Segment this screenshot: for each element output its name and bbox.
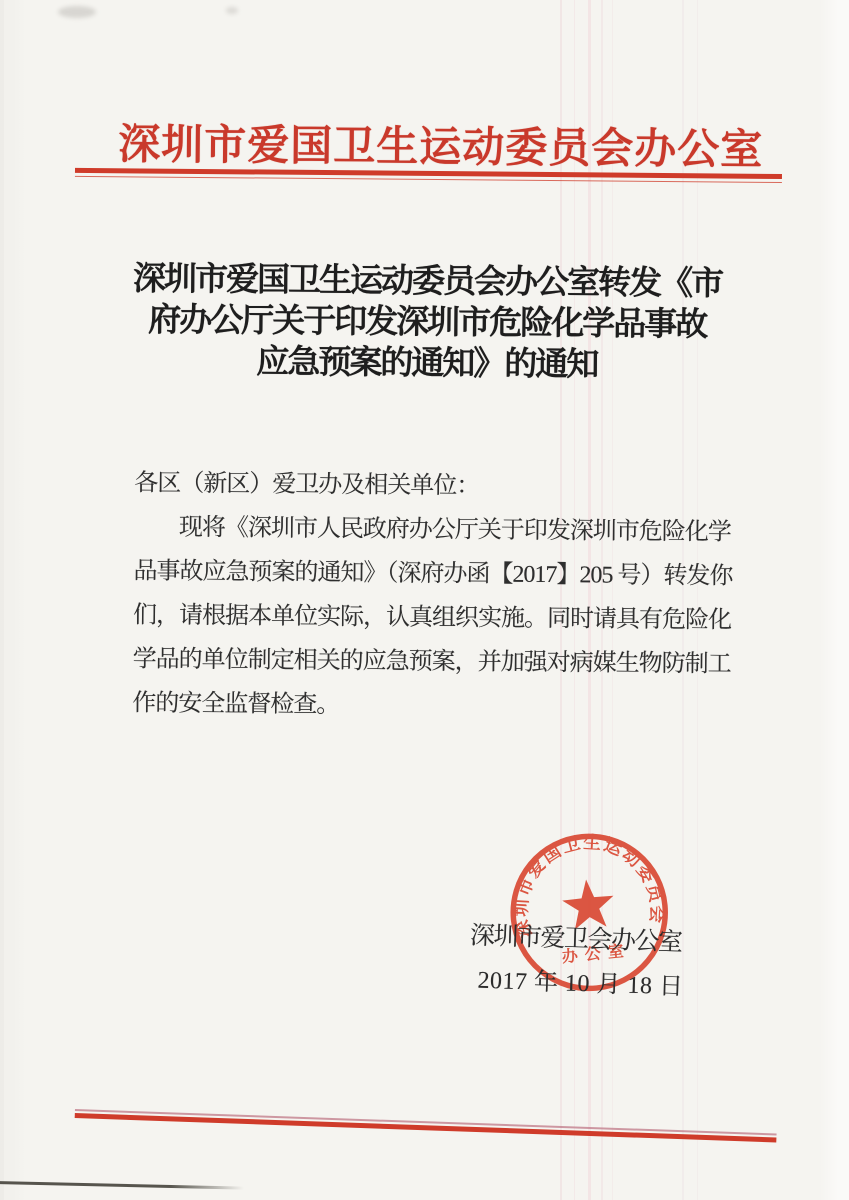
scanned-document-page: 深圳市爱国卫生运动委员会办公室 深圳市爱国卫生运动委员会办公室转发《市 府办公厅… [0, 0, 849, 1200]
body-line: 现将《深圳市人民政府办公厅关于印发深圳市危险化学 [134, 505, 774, 555]
document-title: 深圳市爱国卫生运动委员会办公室转发《市 府办公厅关于印发深圳市危险化学品事故 应… [2, 258, 849, 388]
body-line: 品事故应急预案的通知》（深府办函【2017】205 号）转发你 [133, 549, 773, 599]
signature-org: 深圳市爱卫会办公室 [470, 915, 683, 958]
document-body: 各区（新区）爱卫办及相关单位： 现将《深圳市人民政府办公厅关于印发深圳市危险化学… [132, 461, 774, 731]
signature-date: 2017 年 10 月 18 日 [477, 960, 684, 1002]
document-content: 深圳市爱国卫生运动委员会办公室 深圳市爱国卫生运动委员会办公室转发《市 府办公厅… [0, 0, 849, 1200]
body-line: 作的安全监督检查。 [132, 681, 772, 731]
document-title-line: 应急预案的通知》的通知 [2, 340, 849, 388]
salutation-line: 各区（新区）爱卫办及相关单位： [134, 461, 774, 511]
body-line: 学品的单位制定相关的应急预案，并加强对病媒生物防制工 [133, 637, 773, 687]
body-line: 们，请根据本单位实际，认真组织实施。同时请具有危险化 [133, 593, 773, 643]
